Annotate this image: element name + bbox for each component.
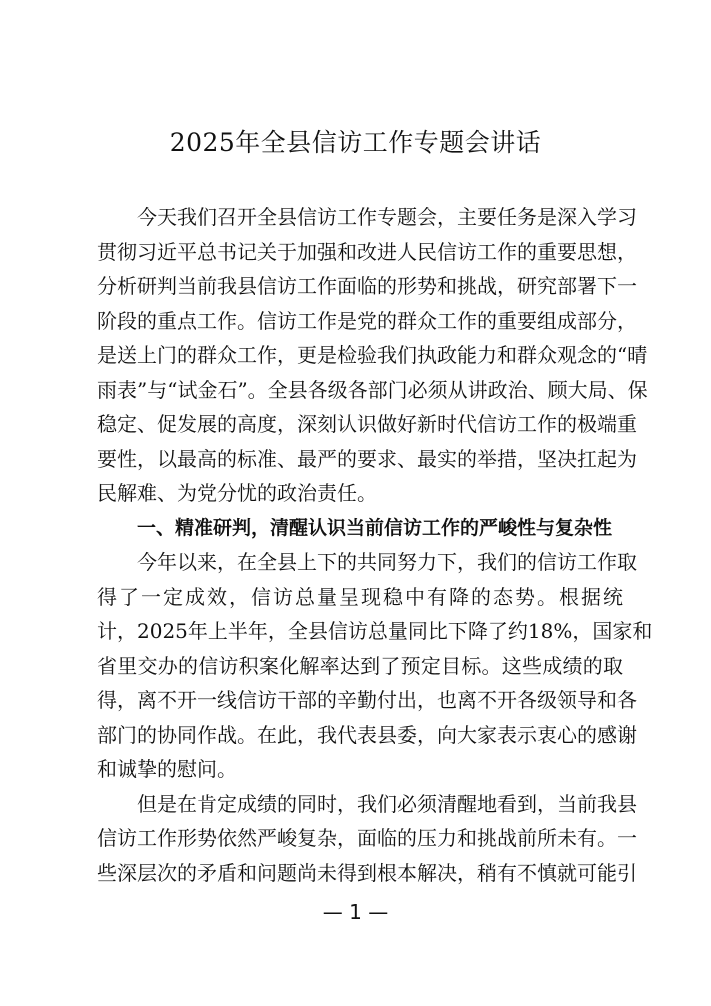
document-body: 今天我们召开全县信访工作专题会，主要任务是深入学习贯彻习近平总书记关于加强和改进… <box>97 200 623 890</box>
document-title: 2025年全县信访工作专题会讲话 <box>0 126 711 160</box>
paragraph-line: 雨表”与“试金石”。全县各级各部门必须从讲政治、顾大局、保 <box>97 373 623 408</box>
paragraph-line: 些深层次的矛盾和问题尚未得到根本解决，稍有不慎就可能引 <box>97 856 623 891</box>
paragraph-line: 今天我们召开全县信访工作专题会，主要任务是深入学习 <box>97 200 623 235</box>
paragraph-line: 计，2025年上半年，全县信访总量同比下降了约18%，国家和 <box>97 614 623 649</box>
paragraph-line: 得，离不开一线信访干部的辛勤付出，也离不开各级领导和各 <box>97 683 623 718</box>
paragraph-line: 今年以来，在全县上下的共同努力下，我们的信访工作取 <box>97 545 623 580</box>
paragraph-line: 民解难、为党分忧的政治责任。 <box>97 476 623 511</box>
paragraph-line: 省里交办的信访积案化解率达到了预定目标。这些成绩的取 <box>97 649 623 684</box>
document-page: 2025年全县信访工作专题会讲话 今天我们召开全县信访工作专题会，主要任务是深入… <box>0 0 711 1006</box>
paragraph-line: 得了一定成效，信访总量呈现稳中有降的态势。根据统 <box>97 580 623 615</box>
paragraph-line: 稳定、促发展的高度，深刻认识做好新时代信访工作的极端重 <box>97 407 623 442</box>
paragraph-line: 部门的协同作战。在此，我代表县委，向大家表示衷心的感谢 <box>97 718 623 753</box>
paragraph-line: 贯彻习近平总书记关于加强和改进人民信访工作的重要思想， <box>97 235 623 270</box>
paragraph-line: 阶段的重点工作。信访工作是党的群众工作的重要组成部分， <box>97 304 623 339</box>
paragraph-line: 但是在肯定成绩的同时，我们必须清醒地看到，当前我县 <box>97 787 623 822</box>
paragraph-line: 信访工作形势依然严峻复杂，面临的压力和挑战前所未有。一 <box>97 821 623 856</box>
paragraph-line: 要性，以最高的标准、最严的要求、最实的举措，坚决扛起为 <box>97 442 623 477</box>
paragraph-line: 和诚挚的慰问。 <box>97 752 623 787</box>
page-number: — 1 — <box>0 898 711 926</box>
paragraph-line: 分析研判当前我县信访工作面临的形势和挑战，研究部署下一 <box>97 269 623 304</box>
paragraph-line: 是送上门的群众工作，更是检验我们执政能力和群众观念的“晴 <box>97 338 623 373</box>
section-heading: 一、精准研判，清醒认识当前信访工作的严峻性与复杂性 <box>97 511 623 546</box>
